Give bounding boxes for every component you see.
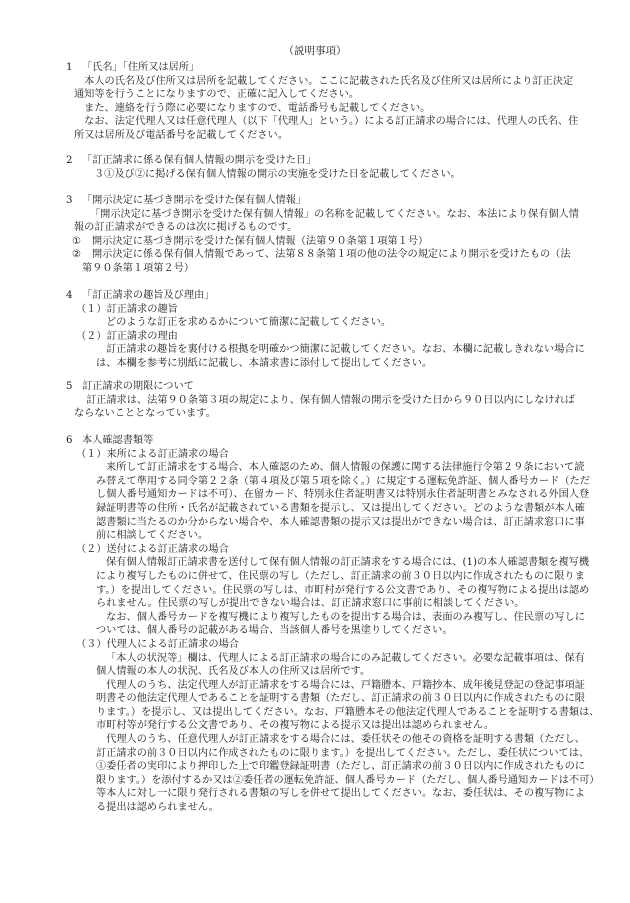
list-item-text: 第９０条第１項第２号）	[66, 262, 576, 276]
subsection-label: （２）訂正請求の理由	[76, 330, 576, 344]
section-heading: 「訂正請求の趣旨及び理由」	[82, 289, 214, 303]
subsection-text-line: し個人番号通知カードは不可）、在留カード、特別永住者証明書又は特別永住者証明書と…	[96, 488, 576, 502]
section-text-line: 所又は居所及び電話番号を記載してください。	[74, 129, 576, 143]
subsection-text-line: 明書その他法定代理人であることを証明する書類（ただし、訂正請求の前３０日以内に作…	[96, 692, 576, 706]
section-number: 3	[66, 194, 82, 208]
subsection-text-line: ります。）を提示し、又は提出してください。なお、戸籍謄本その他法定代理人であるこ…	[96, 706, 576, 720]
subsection-text-line: 「本人の状況等」欄は、代理人による訂正請求の場合にのみ記載してください。必要な記…	[96, 652, 576, 666]
subsection-text-line: 来所して訂正請求をする場合、本人確認のため、個人情報の保護に関する法律施行令第２…	[96, 461, 576, 475]
subsection-label: （２）送付による訂正請求の場合	[76, 543, 576, 557]
subsection-label: （１）訂正請求の趣旨	[76, 303, 576, 317]
subsection-text-line: る提出は認められません。	[96, 801, 576, 815]
list-marker: ①	[66, 235, 92, 249]
subsection-text-line: 訂正請求の前３０日以内に作成されたものに限ります。）を提出してください。ただし、…	[96, 747, 576, 761]
list-marker: ②	[66, 248, 92, 262]
subsection-text-line: 限ります。）を添付するか又は②委任者の運転免許証、個人番号カード（ただし、個人番…	[96, 774, 576, 788]
subsection-text-line: 前に相談してください。	[96, 529, 576, 543]
document-title: （説明事項）	[0, 45, 630, 59]
subsection-text-line: は、本欄を参考に別紙に記載し、本請求書に添付して提出してください。	[76, 357, 576, 371]
section-heading: 「氏名」「住所又は居所」	[82, 61, 199, 75]
section-5: 5 訂正請求の期限について 訂正請求は、法第９０条第３項の規定により、保有個人情…	[66, 380, 576, 421]
list-item: ② 開示決定に係る保有個人情報であって、法第８８条第１項の他の法令の規定により開…	[66, 248, 576, 262]
subsection-text-line: どのような訂正を求めるかについて簡潔に記載してください。	[76, 316, 576, 330]
subsection-text-line: 録証明書等の住所・氏名が記載されている書類を提示し、又は提出してください。どのよ…	[96, 502, 576, 516]
subsection-text-line: 市町村等が発行する公文書であり、その複写物による提示又は提出は認められません。	[96, 719, 576, 733]
section-text-line: また、連絡を行う際に必要になりますので、電話番号も記載してください。	[74, 102, 576, 116]
section-heading: 「訂正請求に係る保有個人情報の開示を受けた日」	[82, 154, 316, 168]
section-text-line: 「開示決定に基づき開示を受けた保有個人情報」の名称を記載してください。なお、本法…	[74, 208, 576, 222]
list-item-text: 開示決定に係る保有個人情報であって、法第８８条第１項の他の法令の規定により開示を…	[92, 248, 571, 262]
section-text-line: なお、法定代理人又は任意代理人（以下「代理人」という。）による訂正請求の場合には…	[74, 115, 576, 129]
section-heading: 本人確認書類等	[82, 434, 153, 448]
subsection-text-line: 認書類に当たるのか分からない場合や、本人確認書類の提示又は提出ができない場合は、…	[96, 516, 576, 530]
section-3: 3 「開示決定に基づき開示を受けた保有個人情報」 「開示決定に基づき開示を受けた…	[66, 194, 576, 276]
subsection-text-line: す。）を提出してください。住民票の写しは、市町村が発行する公文書であり、その複写…	[96, 584, 576, 598]
section-6: 6 本人確認書類等 （１）来所による訂正請求の場合 来所して訂正請求をする場合、…	[66, 434, 576, 815]
subsection-text-line: られません。住民票の写しが提出できない場合は、訂正請求窓口に事前に相談してくださ…	[96, 597, 576, 611]
section-heading: 「開示決定に基づき開示を受けた保有個人情報」	[82, 194, 306, 208]
section-text-line: ならないこととなっています。	[74, 407, 576, 421]
section-number: 5	[66, 380, 82, 394]
subsection-label: （３）代理人による訂正請求の場合	[76, 638, 576, 652]
section-4: 4 「訂正請求の趣旨及び理由」 （１）訂正請求の趣旨 どのような訂正を求めるかに…	[66, 289, 576, 371]
section-1: 1 「氏名」「住所又は居所」 本人の氏名及び住所又は居所を記載してください。ここ…	[66, 61, 576, 143]
section-text-line: 報の訂正請求ができるのは次に掲げるものです。	[74, 221, 576, 235]
subsection-text-line: ①委任者の実印により押印した上で印鑑登録証明書（ただし、訂正請求の前３０日以内に…	[96, 760, 576, 774]
section-number: 2	[66, 154, 82, 168]
subsection-text-line: み替えて準用する同令第２２条（第４項及び第５項を除く。）に規定する運転免許証、個…	[96, 475, 576, 489]
subsection-text-line: により複写したものに併せて、住民票の写し（ただし、訂正請求の前３０日以内に作成さ…	[96, 570, 576, 584]
subsection-text-line: 個人情報の本人の状況、氏名及び本人の住所又は居所です。	[96, 665, 576, 679]
subsection-text-line: なお、個人番号カードを複写機により複写したものを提出する場合は、表面のみ複写し、…	[96, 611, 576, 625]
subsection-text-line: 代理人のうち、任意代理人が訂正請求をする場合には、委任状その他その資格を証明する…	[96, 733, 576, 747]
section-number: 1	[66, 61, 82, 75]
document-page: （説明事項） 1 「氏名」「住所又は居所」 本人の氏名及び住所又は居所を記載して…	[0, 0, 630, 903]
section-text-line: ３①及び②に掲げる保有個人情報の開示の実施を受けた日を記載してください。	[94, 168, 576, 182]
subsection-text-line: 等本人に対し一に限り発行される書類の写しを併せて提出してください。なお、委任状は…	[96, 787, 576, 801]
subsection-text-line: ついては、個人番号の記載がある場合、当該個人番号を黒塗りしてください。	[96, 624, 576, 638]
section-2: 2 「訂正請求に係る保有個人情報の開示を受けた日」 ３①及び②に掲げる保有個人情…	[66, 154, 576, 181]
list-item: ① 開示決定に基づき開示を受けた保有個人情報（法第９０条第１項第１号）	[66, 235, 576, 249]
list-item-text: 開示決定に基づき開示を受けた保有個人情報（法第９０条第１項第１号）	[92, 235, 428, 249]
subsection-text-line: 保有個人情報訂正請求書を送付して保有個人情報の訂正請求をする場合には、(1)の本…	[96, 556, 576, 570]
section-text-line: 通知等を行うことになりますので、正確に記入してください。	[74, 88, 576, 102]
subsection-label: （１）来所による訂正請求の場合	[76, 448, 576, 462]
section-number: 4	[66, 289, 82, 303]
section-text-line: 本人の氏名及び住所又は居所を記載してください。ここに記載された氏名及び住所又は居…	[74, 75, 576, 89]
subsection-text-line: 訂正請求の趣旨を裏付ける根拠を明確かつ簡潔に記載してください。なお、本欄に記載し…	[76, 343, 576, 357]
section-text-line: 訂正請求は、法第９０条第３項の規定により、保有個人情報の開示を受けた日から９０日…	[74, 394, 576, 408]
section-number: 6	[66, 434, 82, 448]
subsection-text-line: 代理人のうち、法定代理人が訂正請求をする場合には、戸籍謄本、戸籍抄本、成年後見登…	[96, 679, 576, 693]
section-heading: 訂正請求の期限について	[82, 380, 194, 394]
